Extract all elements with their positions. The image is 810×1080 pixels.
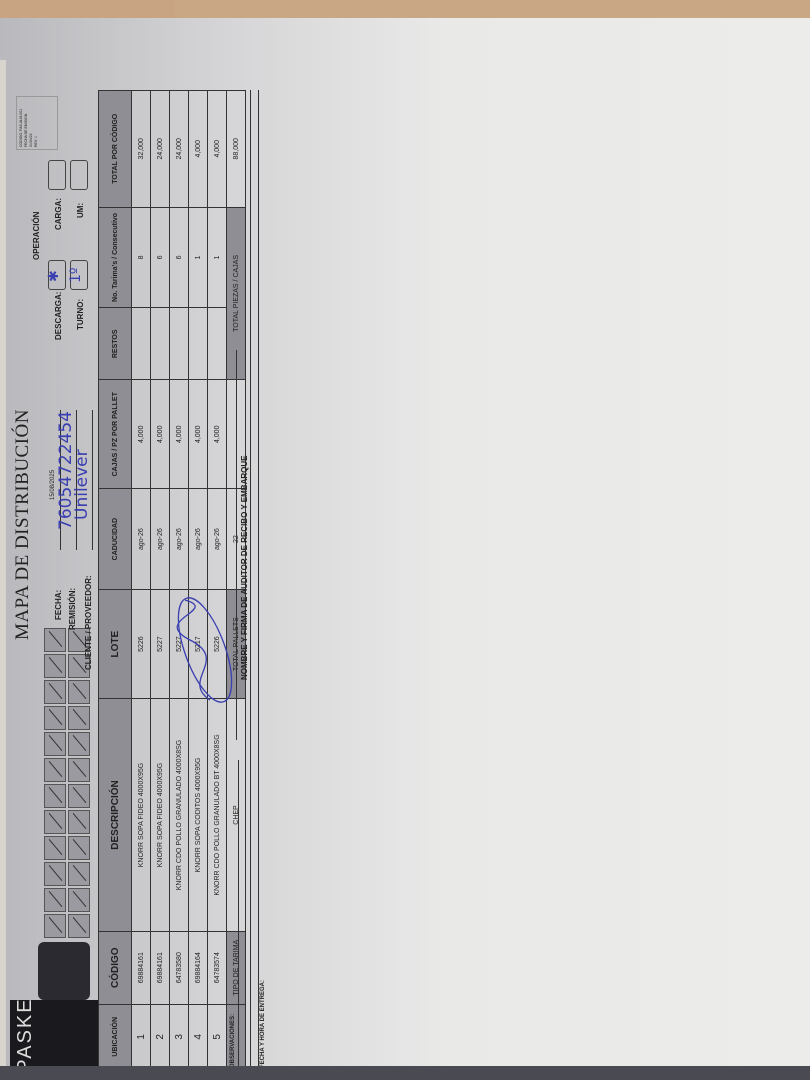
carga-label: CARGA:	[54, 198, 63, 230]
bottom-shadow	[0, 1066, 810, 1080]
cell-descripcion: KNORR CDO POLLO GRANULADO BT 4000X8SG	[208, 699, 227, 932]
cell-cajas: 4,000	[208, 380, 227, 489]
cell-restos	[189, 308, 208, 380]
pallet-slot-icon	[68, 706, 90, 730]
carga-checkbox[interactable]	[48, 160, 66, 190]
cell-restos	[132, 308, 151, 380]
cell-restos	[208, 308, 227, 380]
paper-edge	[0, 60, 6, 1080]
form-header: PASKE MAPA DE DISTRIBUCIÓN FECHA: 15/08/…	[10, 90, 98, 1070]
pallet-slot-icon	[68, 836, 90, 860]
cell-descripcion: KNORR SOPA FIDEO 4000X95G	[151, 699, 170, 932]
brand-logo: PASKE	[10, 1000, 98, 1070]
pallet-slot-icon	[68, 680, 90, 704]
column-header: CAJAS / PZ POR PALLET	[99, 380, 132, 489]
distribution-map-form: PASKE MAPA DE DISTRIBUCIÓN FECHA: 15/08/…	[10, 90, 272, 1070]
cell-lote: 5227	[151, 590, 170, 699]
cell-codigo: 69884161	[132, 931, 151, 1004]
cell-caducidad: ago-26	[151, 489, 170, 590]
pallet-slot-icon	[44, 784, 66, 808]
table-row: 469884164KNORR SOPA CODITOS 4000X95G5217…	[189, 91, 208, 1070]
cell-restos	[170, 308, 189, 380]
cell-ubicacion: 2	[151, 1004, 170, 1069]
cell-codigo: 64783580	[170, 931, 189, 1004]
cell-codigo: 64783574	[208, 931, 227, 1004]
column-header: CADUCIDAD	[99, 489, 132, 590]
pallet-slot-icon	[44, 862, 66, 886]
pallet-slot-icon	[44, 758, 66, 782]
column-header: CÓDIGO	[99, 931, 132, 1004]
column-header: UBICACIÓN	[99, 1004, 132, 1069]
cell-descripcion: KNORR CDO POLLO GRANULADO 4000X8SG	[170, 699, 189, 932]
pallet-slot-icon	[68, 758, 90, 782]
table-row: 169884161KNORR SOPA FIDEO 4000X95G5226ag…	[132, 91, 151, 1070]
cell-restos	[151, 308, 170, 380]
fecha-label: FECHA:	[54, 590, 63, 620]
cell-total: 24,000	[151, 91, 170, 208]
cell-tarimas: 1	[189, 207, 208, 308]
turno-field[interactable]: 1º	[70, 260, 88, 290]
um-field[interactable]	[70, 160, 88, 190]
cell-cajas: 4,000	[132, 380, 151, 489]
cell-lote: 5226	[132, 590, 151, 699]
descarga-label: DESCARGA:	[54, 292, 63, 340]
column-header: LOTE	[99, 590, 132, 699]
cliente-label: CLIENTE / PROVEEDOR:	[84, 575, 93, 670]
pallet-slots-grid	[44, 628, 90, 938]
pallet-slot-icon	[44, 706, 66, 730]
table-row: 364783580KNORR CDO POLLO GRANULADO 4000X…	[170, 91, 189, 1070]
pallet-slot-icon	[68, 888, 90, 912]
pallet-slot-icon	[44, 732, 66, 756]
cell-descripcion: KNORR SOPA CODITOS 4000X95G	[189, 699, 208, 932]
cell-cajas: 4,000	[151, 380, 170, 489]
cell-tarimas: 6	[170, 207, 189, 308]
cliente-value: Unilever	[72, 449, 92, 520]
distribution-table: UBICACIÓNCÓDIGODESCRIPCIÓNLOTECADUCIDADC…	[98, 90, 246, 1070]
cell-cajas: 4,000	[170, 380, 189, 489]
operacion-label: OPERACIÓN	[32, 212, 41, 260]
pallet-slot-icon	[44, 628, 66, 652]
observaciones-label: OBSERVACIONES:	[230, 1014, 236, 1068]
footer-cell: TIPO DE TARIMA	[227, 931, 246, 1004]
column-header: RESTOS	[99, 308, 132, 380]
cell-ubicacion: 1	[132, 1004, 151, 1069]
cell-caducidad: ago-26	[170, 489, 189, 590]
pallet-slot-icon	[44, 654, 66, 678]
cell-ubicacion: 5	[208, 1004, 227, 1069]
footer-cell: 88,000	[227, 91, 246, 208]
document-meta-box: CODIGO: PAS-ALM-001 FECHA DE EMISION: 01…	[16, 96, 58, 150]
pallet-slot-icon	[68, 914, 90, 938]
cell-total: 24,000	[170, 91, 189, 208]
column-header: DESCRIPCIÓN	[99, 699, 132, 932]
truck-icon	[38, 942, 90, 1000]
pallet-slot-icon	[68, 862, 90, 886]
cell-caducidad: ago-26	[189, 489, 208, 590]
cell-codigo: 69884164	[189, 931, 208, 1004]
cell-tarimas: 6	[151, 207, 170, 308]
cell-tarimas: 8	[132, 207, 151, 308]
table-row: 269884161KNORR SOPA FIDEO 4000X95G5227ag…	[151, 91, 170, 1070]
pallet-slot-icon	[68, 784, 90, 808]
cell-codigo: 69884161	[151, 931, 170, 1004]
cell-ubicacion: 3	[170, 1004, 189, 1069]
pallet-slot-icon	[44, 680, 66, 704]
page-title: MAPA DE DISTRIBUCIÓN	[12, 409, 34, 640]
turno-label: TURNO:	[76, 299, 85, 330]
column-header: TOTAL POR CÓDIGO	[99, 91, 132, 208]
cell-tarimas: 1	[208, 207, 227, 308]
cell-total: 32,000	[132, 91, 151, 208]
cell-total: 4,000	[189, 91, 208, 208]
pallet-slot-icon	[44, 914, 66, 938]
pallet-slot-icon	[68, 810, 90, 834]
table-row: 564783574KNORR CDO POLLO GRANULADO BT 40…	[208, 91, 227, 1070]
pallet-slot-icon	[44, 810, 66, 834]
cell-cajas: 4,000	[189, 380, 208, 489]
signature-label: NOMBRE Y FIRMA DE AUDITOR DE RECIBO Y EM…	[240, 456, 249, 680]
um-label: UM:	[76, 203, 85, 218]
column-header: No. Tarima's / Consecutivo	[99, 207, 132, 308]
cell-caducidad: ago-26	[132, 489, 151, 590]
pallet-slot-icon	[44, 836, 66, 860]
cell-caducidad: ago-26	[208, 489, 227, 590]
pallet-slot-icon	[68, 732, 90, 756]
cell-ubicacion: 4	[189, 1004, 208, 1069]
remision-label: REMISIÓN:	[68, 588, 77, 630]
pallet-slot-icon	[44, 888, 66, 912]
cell-descripcion: KNORR SOPA FIDEO 4000X95G	[132, 699, 151, 932]
cell-total: 4,000	[208, 91, 227, 208]
descarga-checkbox[interactable]: ✱	[48, 260, 66, 290]
fecha-entrega-label: FECHA Y HORA DE ENTREGA:	[260, 980, 266, 1068]
signature-scribble	[170, 590, 240, 710]
signature-line	[236, 350, 237, 740]
